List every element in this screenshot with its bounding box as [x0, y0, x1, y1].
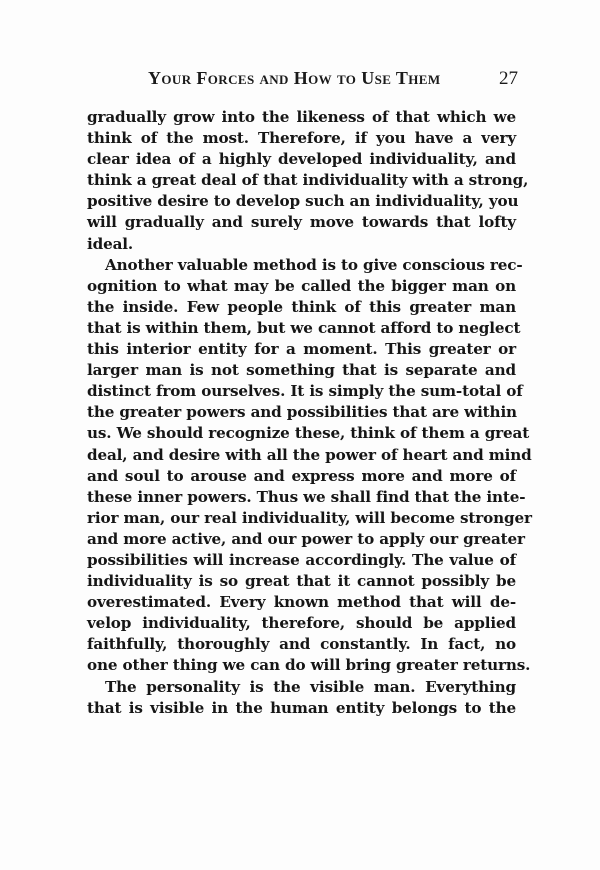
page-number: 27 — [499, 68, 518, 90]
text-line: and more active, and our power to apply … — [87, 529, 516, 550]
paragraph-2: Another valuable method is to give consc… — [87, 255, 516, 677]
text-line: and soul to arouse and express more and … — [87, 466, 516, 487]
text-line: think of the most. Therefore, if you hav… — [87, 128, 516, 149]
text-line: positive desire to develop such an indiv… — [87, 191, 516, 212]
text-line: The personality is the visible man. Ever… — [87, 677, 516, 698]
paragraph-3: The personality is the visible man. Ever… — [87, 677, 516, 719]
text-line: the greater powers and possibilities tha… — [87, 402, 516, 423]
body-text: gradually grow into the likeness of that… — [87, 107, 516, 719]
text-line: individuality is so great that it cannot… — [87, 571, 516, 592]
text-line: think a great deal of that individuality… — [87, 170, 516, 191]
running-title: Your Forces and How to Use Them — [148, 68, 441, 89]
text-line: that is within them, but we cannot affor… — [87, 318, 516, 339]
paragraph-1: gradually grow into the likeness of that… — [87, 107, 516, 255]
text-line: velop individuality, therefore, should b… — [87, 613, 516, 634]
text-line: one other thing we can do will bring gre… — [87, 655, 516, 676]
text-line: clear idea of a highly developed individ… — [87, 149, 516, 170]
text-line: will gradually and surely move towards t… — [87, 212, 516, 233]
text-line: this interior entity for a moment. This … — [87, 339, 516, 360]
text-line: faithfully, thoroughly and constantly. I… — [87, 634, 516, 655]
text-line: possibilities will increase accordingly.… — [87, 550, 516, 571]
text-line: distinct from ourselves. It is simply th… — [87, 381, 516, 402]
text-line: rior man, our real individuality, will b… — [87, 508, 516, 529]
running-head: Your Forces and How to Use Them 27 — [148, 68, 518, 92]
text-line: larger man is not something that is sepa… — [87, 360, 516, 381]
text-line: these inner powers. Thus we shall find t… — [87, 487, 516, 508]
text-line: ognition to what may be called the bigge… — [87, 276, 516, 297]
text-line: gradually grow into the likeness of that… — [87, 107, 516, 128]
book-page: Your Forces and How to Use Them 27 gradu… — [0, 0, 600, 870]
text-line: that is visible in the human entity belo… — [87, 698, 516, 719]
text-line: us. We should recognize these, think of … — [87, 423, 516, 444]
text-line: overestimated. Every known method that w… — [87, 592, 516, 613]
text-line: deal, and desire with all the power of h… — [87, 445, 516, 466]
text-line: the inside. Few people think of this gre… — [87, 297, 516, 318]
text-line: ideal. — [87, 234, 516, 255]
text-line: Another valuable method is to give consc… — [87, 255, 516, 276]
